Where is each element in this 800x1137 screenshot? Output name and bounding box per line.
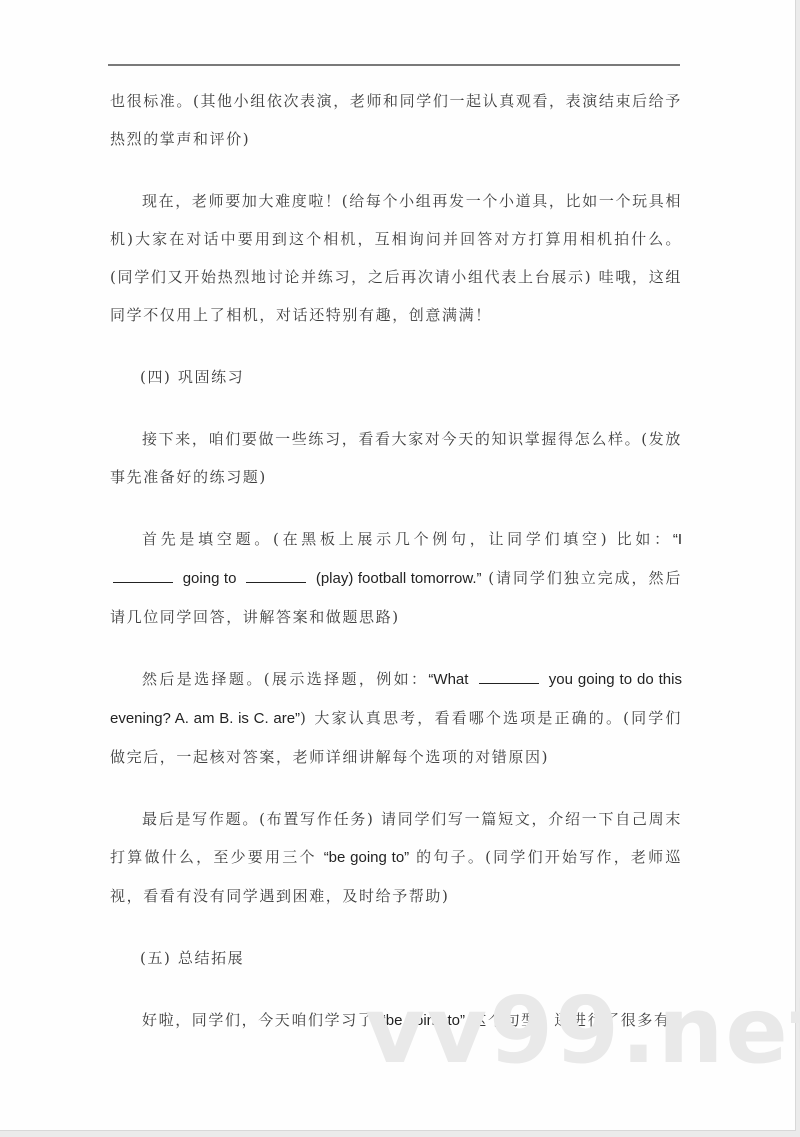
english-example: “What — [428, 671, 468, 688]
paragraph-text: 好啦，同学们，今天咱们学习了 — [142, 1011, 381, 1029]
watermark: vv99.net — [365, 985, 800, 1077]
document-body: 也很标准。(其他小组依次表演，老师和同学们一起认真观看，表演结束后给予 热烈的掌… — [110, 82, 682, 1040]
english-example: “I — [673, 531, 682, 548]
blank-line — [246, 568, 306, 583]
paragraph-writing-task: 最后是写作题。(布置写作任务) 请同学们写一篇短文，介绍一下自己周末打算做什么，… — [110, 800, 682, 915]
paragraph-camera-prop: 现在，老师要加大难度啦！(给每个小组再发一个小道具，比如一个玩具相机)大家在对话… — [110, 182, 682, 334]
section-heading-consolidation: (四) 巩固练习 — [110, 358, 682, 396]
section-heading-summary: (五) 总结拓展 — [110, 939, 682, 977]
blank-line — [113, 568, 173, 583]
document-page: 也很标准。(其他小组依次表演，老师和同学们一起认真观看，表演结束后给予 热烈的掌… — [0, 0, 796, 1131]
paragraph-text: 首先是填空题。(在黑板上展示几个例句，让同学们填空) 比如： — [142, 530, 673, 548]
blank-line — [479, 669, 539, 684]
english-phrase: “be going to” — [324, 849, 409, 866]
header-rule — [108, 64, 680, 66]
paragraph-multiple-choice: 然后是选择题。(展示选择题，例如：“What you going to do t… — [110, 660, 682, 776]
paragraph-exercises-intro: 接下来，咱们要做一些练习，看看大家对今天的知识掌握得怎么样。(发放事先准备好的练… — [110, 420, 682, 496]
english-example: going to — [183, 570, 237, 587]
paragraph-text: 也很标准。(其他小组依次表演，老师和同学们一起认真观看，表演结束后给予 — [110, 92, 682, 110]
paragraph-text: 热烈的掌声和评价) — [110, 130, 250, 148]
paragraph-text: 然后是选择题。(展示选择题，例如： — [142, 670, 428, 688]
paragraph-continued: 也很标准。(其他小组依次表演，老师和同学们一起认真观看，表演结束后给予 热烈的掌… — [110, 82, 682, 158]
paragraph-fill-blank: 首先是填空题。(在黑板上展示几个例句，让同学们填空) 比如：“I going t… — [110, 520, 682, 636]
english-example: (play) football tomorrow.” — [316, 570, 482, 587]
